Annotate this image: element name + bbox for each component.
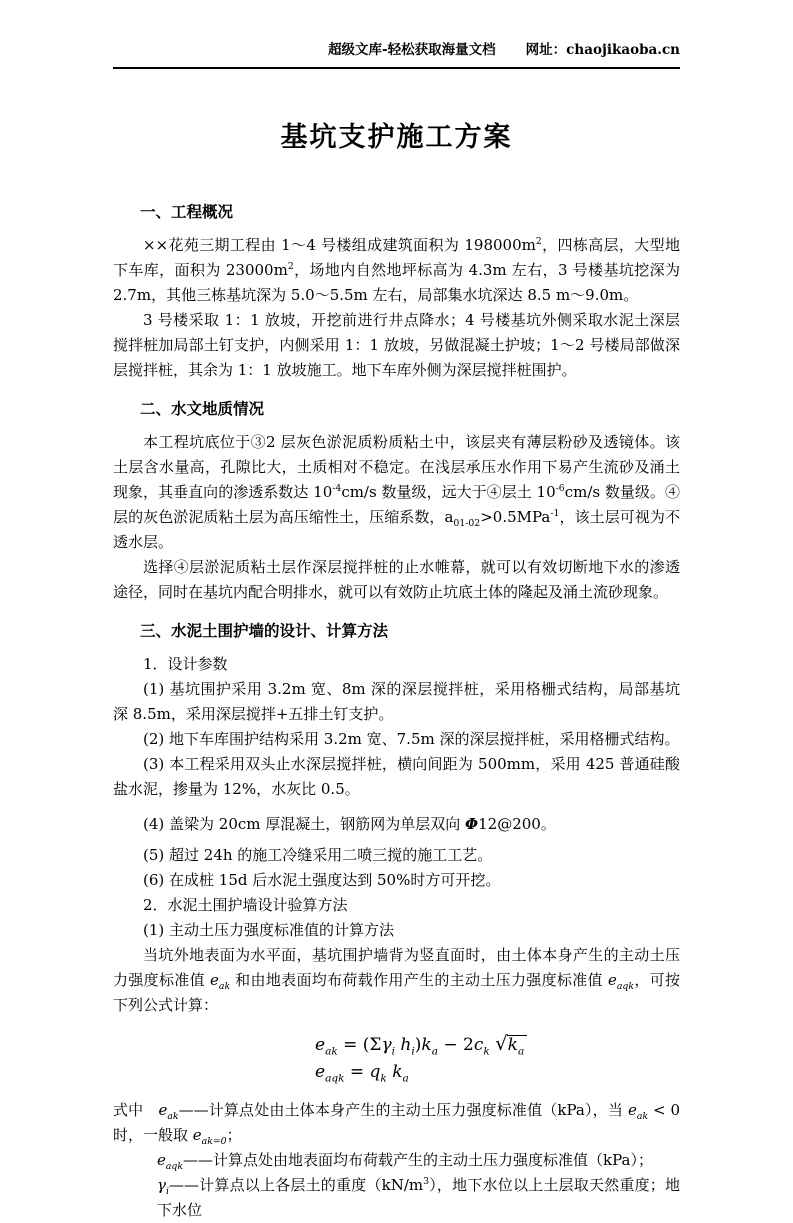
header-site-name: 超级文库-轻松获取海量文档 [328,40,496,60]
para-formula-intro: 当坑外地表面为水平面，基坑围护墙背为竖直面时，由土体本身产生的主动土压力强度标准… [113,943,680,1018]
para-hydrogeology-2: 选择④层淤泥质粘土层作深层搅拌桩的止水帷幕，就可以有效切断地下水的渗透途径，同时… [113,555,680,605]
section-1-heading: 一、工程概况 [113,201,680,223]
list-item-check-method: 2．水泥土围护墙设计验算方法 [113,893,680,918]
design-param-6: (6) 在成桩 15d 后水泥土强度达到 50%时方可开挖。 [113,868,680,893]
list-item-active-pressure: (1) 主动土压力强度标准值的计算方法 [113,918,680,943]
para-project-overview-2: 3 号楼采取 1：1 放坡，开挖前进行井点降水；4 号楼基坑外侧采取水泥土深层搅… [113,308,680,383]
design-param-1: (1) 基坑围护采用 3.2m 宽、8m 深的深层搅拌桩，采用格栅式结构，局部基… [113,677,680,727]
design-param-2: (2) 地下车库围护结构采用 3.2m 宽、7.5m 深的深层搅拌桩，采用格栅式… [113,727,680,752]
section-2-heading: 二、水文地质情况 [113,398,680,420]
para-where-e-ak: 式中 eak——计算点处由土体本身产生的主动土压力强度标准值（kPa），当 ea… [113,1098,680,1148]
header-url-value: chaojikaoba.cn [566,42,680,58]
formula-e-aqk: eaqk = qk ka [315,1059,680,1086]
formula-block: eak = (Σγi hi)ka − 2ck √ka eaqk = qk ka [113,1030,680,1086]
design-param-4: (4) 盖梁为 20cm 厚混凝土，钢筋网为单层双向 Φ12@200。 [113,812,680,837]
para-where-gamma: γi——计算点以上各层土的重度（kN/m3），地下水位以上土层取天然重度；地下水… [113,1173,680,1223]
document-title: 基坑支护施工方案 [113,121,680,155]
para-where-e-aqk: eaqk——计算点处由地表面均布荷载产生的主动土压力强度标准值（kPa）； [113,1148,680,1173]
page-header: 超级文库-轻松获取海量文档 网址：chaojikaoba.cn [113,40,680,69]
header-url: 网址：chaojikaoba.cn [526,40,680,60]
design-param-5: (5) 超过 24h 的施工冷缝采用二喷三搅的施工工艺。 [113,843,680,868]
para-project-overview-1: ××花苑三期工程由 1～4 号楼组成建筑面积为 198000m2，四栋高层，大型… [113,233,680,308]
header-url-label: 网址： [526,42,567,58]
para-hydrogeology-1: 本工程坑底位于③2 层灰色淤泥质粉质粘土中，该层夹有薄层粉砂及透镜体。该土层含水… [113,430,680,555]
design-param-3: (3) 本工程采用双头止水深层搅拌桩，横向间距为 500mm，采用 425 普通… [113,752,680,802]
section-3-heading: 三、水泥土围护墙的设计、计算方法 [113,620,680,642]
document-page: 超级文库-轻松获取海量文档 网址：chaojikaoba.cn 基坑支护施工方案… [0,0,793,1122]
formula-e-ak: eak = (Σγi hi)ka − 2ck √ka [315,1030,680,1059]
list-item-design-params: 1．设计参数 [113,652,680,677]
